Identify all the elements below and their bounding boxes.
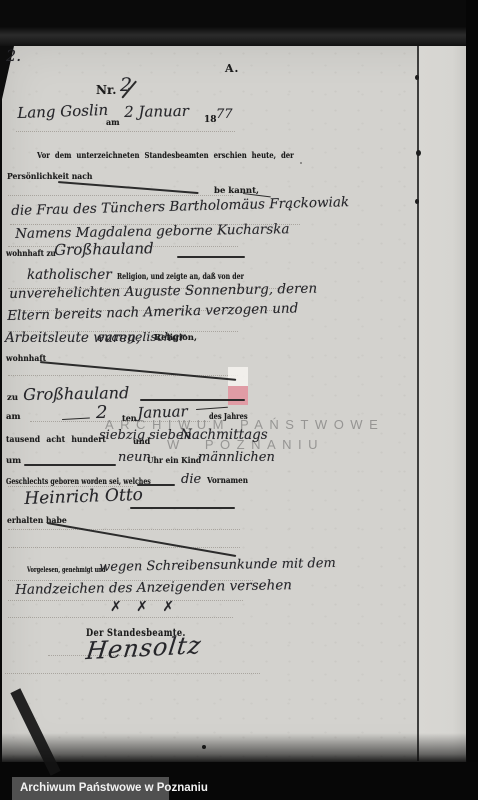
watermark-flag-white	[228, 367, 248, 386]
residence-value: Großhauland	[54, 239, 154, 259]
adjacent-page-edge	[419, 44, 467, 763]
header-century: 18	[204, 115, 217, 125]
gender-value: männlichen	[198, 450, 275, 465]
child-name: Heinrich Otto	[24, 485, 143, 509]
page-corner-number: 2.	[6, 46, 21, 65]
birthdate-day: 2	[96, 402, 107, 423]
dotted-rule	[8, 617, 233, 618]
dotted-rule	[8, 195, 233, 196]
scanned-registry-page: ARCHIWUM PAŃSTWOWE W POZNANIU 2. A. Nr. …	[0, 0, 478, 800]
section-letter: A.	[225, 62, 239, 75]
record-number-label: Nr.	[96, 83, 116, 97]
identity-label: Persönlichkeit nach	[7, 172, 92, 182]
time-uhr-label: Uhr ein Kind	[147, 456, 201, 466]
watermark-flag-red	[228, 386, 248, 405]
closing-printed: Vorgelesen, genehmigt und	[27, 565, 105, 574]
dotted-rule	[8, 547, 240, 548]
time-um-label: um	[6, 456, 21, 466]
birthdate-month: Januar	[137, 402, 188, 422]
fill-stroke	[177, 256, 245, 258]
intro-line: Vor dem unterzeichneten Standesbeamten e…	[37, 150, 294, 160]
birthplace-label: zu	[7, 393, 18, 403]
handmark-crosses: ✗ ✗ ✗	[110, 599, 179, 615]
mother-religion-label: Religion,	[154, 333, 197, 343]
scan-border-right	[466, 0, 478, 800]
daytime-value: Nachmittags	[180, 427, 268, 443]
header-year: 77	[216, 107, 233, 122]
dotted-rule	[8, 529, 240, 530]
archive-footer-label: Archiwum Państwowe w Poznaniu	[12, 777, 169, 800]
residence-label: wohnhaft zu	[6, 249, 56, 259]
paper-bottom-shadow	[2, 733, 467, 763]
birthdate-am-label: am	[6, 412, 21, 422]
archive-footer-text: Archiwum Państwowe w Poznaniu	[12, 777, 169, 800]
vornamen-label: Vornamen	[207, 476, 248, 486]
birthdate-ten-label: ten	[122, 413, 137, 423]
birthplace-value: Großhauland	[23, 383, 129, 404]
fill-stroke	[130, 507, 235, 509]
time-value: neun	[118, 450, 151, 465]
religion-label: Religion, und zeigte an, daß von der	[117, 271, 244, 281]
ink-speck	[415, 75, 419, 80]
header-date: 2 Januar	[124, 102, 189, 121]
religion-value: katholischer	[27, 267, 112, 283]
year-label: tausend acht hundert	[6, 435, 106, 445]
dotted-rule	[16, 131, 235, 132]
fill-stroke	[140, 399, 245, 401]
dotted-rule	[5, 673, 260, 674]
article-die: die	[181, 472, 201, 487]
ink-speck	[300, 162, 302, 164]
scan-border-top	[0, 0, 478, 46]
header-am-label: am	[106, 117, 120, 127]
ink-speck	[415, 199, 419, 204]
fill-stroke	[24, 464, 116, 466]
header-place: Lang Goslin	[17, 101, 108, 122]
birthdate-jahres-label: des Jahres	[209, 412, 248, 422]
year-und-label: und	[133, 436, 150, 446]
ink-speck	[416, 150, 421, 156]
